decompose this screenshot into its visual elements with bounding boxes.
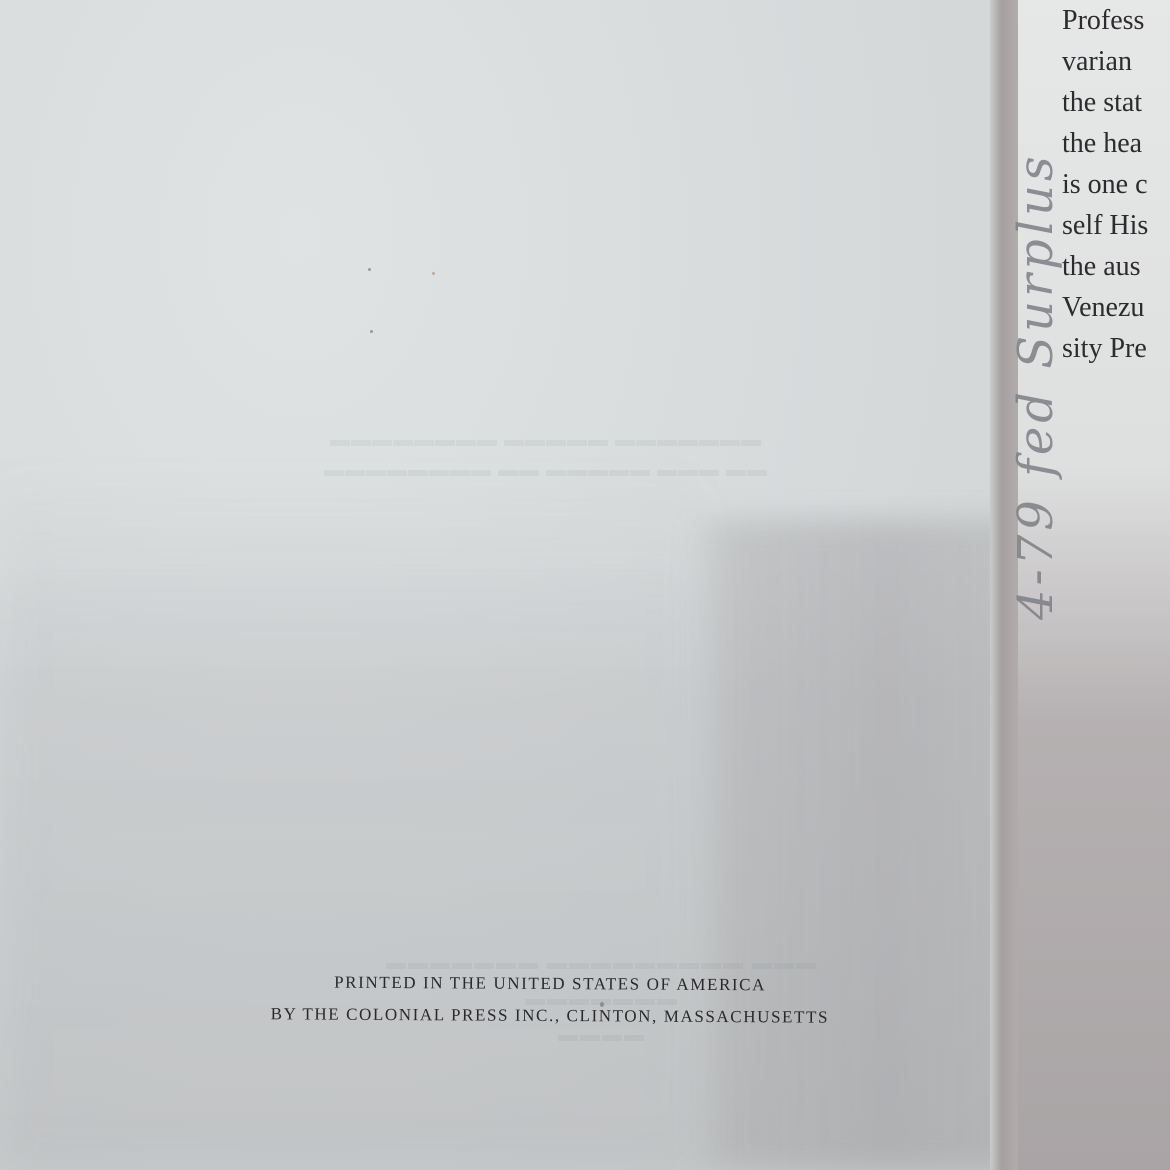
- pencil-note: 4-79 fed Surplus: [1008, 152, 1064, 620]
- bleed-through-text: ▬▬▬▬▬▬▬ ▬▬▬▬▬ ▬▬▬▬▬▬▬▬▬▬ ▬▬▬ ▬▬▬▬▬ ▬▬ ▬▬…: [285, 425, 805, 485]
- text-line: the aus: [1062, 246, 1170, 287]
- paper-speck: [368, 268, 371, 271]
- paper-speck: [432, 272, 435, 275]
- text-line: Profess: [1062, 0, 1170, 41]
- hand-shadow: [0, 470, 700, 1170]
- paper-speck: [370, 330, 373, 333]
- right-page-text: Profess varian the stat the hea is one c…: [1062, 0, 1170, 369]
- text-line: the hea: [1062, 123, 1170, 164]
- imprint-line-1: PRINTED IN THE UNITED STATES OF AMERICA: [200, 966, 900, 1002]
- printer-imprint: PRINTED IN THE UNITED STATES OF AMERICA …: [200, 966, 900, 1034]
- text-line: the stat: [1062, 82, 1170, 123]
- text-line: Venezu: [1062, 287, 1170, 328]
- text-line: varian: [1062, 41, 1170, 82]
- text-line: sity Pre: [1062, 328, 1170, 369]
- text-line: is one c: [1062, 164, 1170, 205]
- paper-speck: [600, 1002, 604, 1007]
- text-line: self His: [1062, 205, 1170, 246]
- shadow-band: [690, 520, 1020, 1170]
- imprint-line-2: BY THE COLONIAL PRESS INC., CLINTON, MAS…: [200, 998, 900, 1034]
